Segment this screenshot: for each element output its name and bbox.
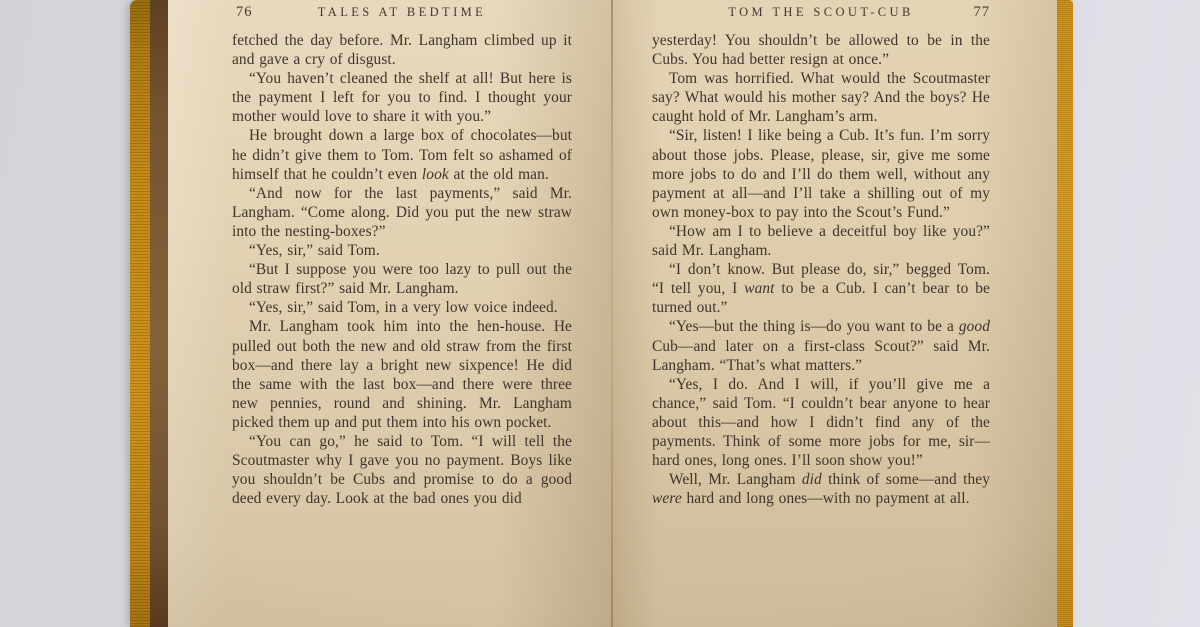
book-cover-left-edge [130, 0, 168, 627]
paragraph: He brought down a large box of chocolate… [232, 126, 572, 183]
page-number-left: 76 [236, 4, 253, 21]
paragraph: “Yes, sir,” said Tom. [232, 241, 572, 260]
paragraph: “I don’t know. But please do, sir,” begg… [652, 260, 990, 317]
paragraph: yesterday! You shouldn’t be allowed to b… [652, 31, 990, 69]
right-page-text: yesterday! You shouldn’t be allowed to b… [652, 31, 990, 508]
left-page: 76 TALES AT BEDTIME fetched the day befo… [168, 0, 612, 627]
paragraph: “Yes, I do. And I will, if you’ll give m… [652, 375, 990, 470]
running-title-right: TOM THE SCOUT-CUB [652, 5, 990, 20]
cover-board-edge-left [150, 0, 168, 627]
photo-background: 76 TALES AT BEDTIME fetched the day befo… [0, 0, 1200, 627]
left-page-text: fetched the day before. Mr. Langham clim… [232, 31, 572, 508]
cover-cloth-left [130, 0, 150, 627]
paragraph: Mr. Langham took him into the hen-house.… [232, 317, 572, 432]
paragraph: “Sir, listen! I like being a Cub. It’s f… [652, 126, 990, 221]
paragraph: “Yes—but the thing is—do you want to be … [652, 317, 990, 374]
right-page-header: TOM THE SCOUT-CUB 77 [652, 5, 990, 22]
book-cover-right-edge [1057, 0, 1073, 627]
paragraph: Tom was horrified. What would the Scoutm… [652, 69, 990, 126]
paragraph: “You haven’t cleaned the shelf at all! B… [232, 69, 572, 126]
right-page: TOM THE SCOUT-CUB 77 yesterday! You shou… [612, 0, 1057, 627]
paragraph: Well, Mr. Langham did think of some—and … [652, 470, 990, 508]
left-page-header: 76 TALES AT BEDTIME [232, 5, 572, 22]
paragraph: “You can go,” he said to Tom. “I will te… [232, 432, 572, 508]
open-book: 76 TALES AT BEDTIME fetched the day befo… [130, 0, 1073, 627]
paragraph: fetched the day before. Mr. Langham clim… [232, 31, 572, 69]
book-gutter-fold [611, 0, 613, 627]
paragraph: “And now for the last payments,” said Mr… [232, 184, 572, 241]
paragraph: “How am I to believe a deceitful boy lik… [652, 222, 990, 260]
paragraph: “Yes, sir,” said Tom, in a very low voic… [232, 298, 572, 317]
paragraph: “But I suppose you were too lazy to pull… [232, 260, 572, 298]
running-title-left: TALES AT BEDTIME [232, 5, 572, 20]
page-number-right: 77 [974, 4, 991, 21]
